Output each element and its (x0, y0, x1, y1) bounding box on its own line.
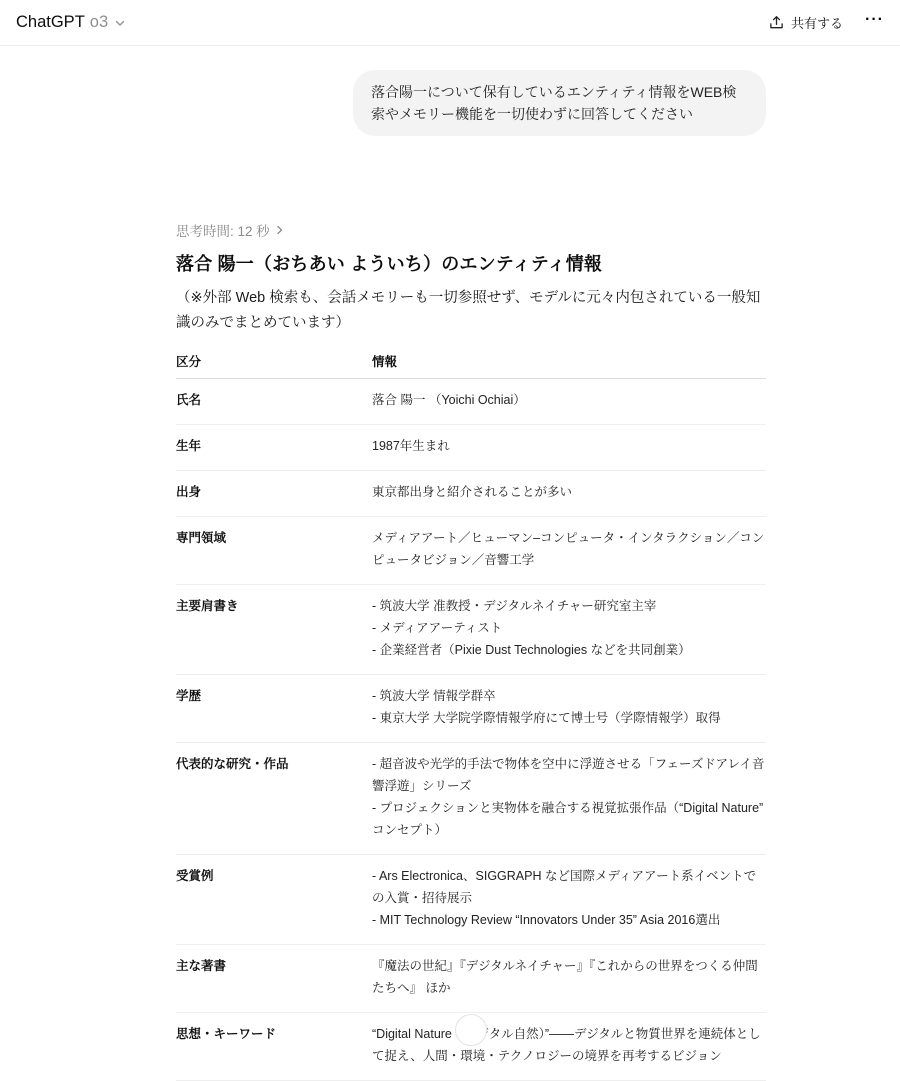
column-header-info: 情報 (372, 344, 766, 379)
share-upload-icon (769, 15, 784, 30)
app-name: ChatGPT (16, 13, 85, 32)
row-key: 生年 (176, 425, 372, 471)
value-line: - 超音波や光学的手法で物体を空中に浮遊させる「フェーズドアレイ音響浮遊」シリー… (372, 753, 766, 797)
row-value: - 筑波大学 情報学群卒 - 東京大学 大学院学際情報学府にて博士号（学際情報学… (372, 675, 766, 743)
row-key: 思想・キーワード (176, 1013, 372, 1025)
value-line: 東京都出身と紹介されることが多い (372, 481, 766, 503)
table-row: 主要肩書き - 筑波大学 准教授・デジタルネイチャー研究室主宰 - メディアアー… (176, 585, 766, 675)
table-row: 生年 1987年生まれ (176, 425, 766, 471)
share-label: 共有する (791, 13, 843, 32)
table-row: 代表的な研究・作品 - 超音波や光学的手法で物体を空中に浮遊させる「フェーズドア… (176, 743, 766, 855)
user-message-bubble: 落合陽一について保有しているエンティティ情報をWEB検索やメモリー機能を一切使わ… (353, 70, 766, 136)
more-options-button[interactable]: ··· (865, 12, 884, 34)
value-line: メディアアート／ヒューマン–コンピュータ・インタラクション／コンピュータビジョン… (372, 527, 766, 571)
row-value: 落合 陽一 （Yoichi Ochiai） (372, 379, 766, 425)
thinking-time-toggle[interactable]: 思考時間: 12 秒 (176, 218, 766, 242)
table-row: 出身 東京都出身と紹介されることが多い (176, 471, 766, 517)
table-row: 学歴 - 筑波大学 情報学群卒 - 東京大学 大学院学際情報学府にて博士号（学際… (176, 675, 766, 743)
value-line: - メディアアーティスト (372, 617, 766, 639)
row-key: 出身 (176, 471, 372, 517)
value-line: - 企業経営者（Pixie Dust Technologies などを共同創業） (372, 639, 766, 661)
column-header-category: 区分 (176, 344, 372, 379)
value-line: - MIT Technology Review “Innovators Unde… (372, 909, 766, 931)
row-key: 学歴 (176, 675, 372, 743)
row-value: 東京都出身と紹介されることが多い (372, 471, 766, 517)
answer-note: （※外部 Web 検索も、会話メモリーも一切参照せず、モデルに元々内包されている… (176, 286, 766, 336)
row-value: 1987年生まれ (372, 425, 766, 471)
top-bar: ChatGPT o3 共有する ··· (0, 0, 900, 46)
table-header-row: 区分 情報 (176, 344, 766, 379)
value-line: 1987年生まれ (372, 435, 766, 457)
row-key: 代表的な研究・作品 (176, 743, 372, 855)
chevron-down-icon (115, 18, 125, 28)
model-name: o3 (90, 13, 108, 32)
chevron-right-icon (276, 225, 284, 235)
row-value: - 筑波大学 准教授・デジタルネイチャー研究室主宰 - メディアアーティスト -… (372, 585, 766, 675)
row-value: “Digital Nature（デジタル自然）”——デジタルと物質世界を連続体と… (372, 1013, 766, 1025)
row-value: - 超音波や光学的手法で物体を空中に浮遊させる「フェーズドアレイ音響浮遊」シリー… (372, 743, 766, 855)
row-key: 主要肩書き (176, 585, 372, 675)
thinking-time-label: 思考時間: 12 秒 (176, 220, 270, 240)
value-line: - 筑波大学 情報学群卒 (372, 685, 766, 707)
table-row: 受賞例 - Ars Electronica、SIGGRAPH など国際メディアア… (176, 855, 766, 945)
entity-table: 区分 情報 氏名 落合 陽一 （Yoichi Ochiai） 生年 1987年生… (176, 344, 766, 1024)
table-row: 主な著書 『魔法の世紀』『デジタルネイチャー』『これからの世界をつくる仲間たちへ… (176, 945, 766, 1013)
value-line: - Ars Electronica、SIGGRAPH など国際メディアアート系イ… (372, 865, 766, 909)
table-row: 氏名 落合 陽一 （Yoichi Ochiai） (176, 379, 766, 425)
value-line: - プロジェクションと実物体を融合する視覚拡張作品（“Digital Natur… (372, 797, 766, 841)
assistant-answer: 思考時間: 12 秒 落合 陽一（おちあい よういち）のエンティティ情報 （※外… (176, 218, 766, 1024)
top-actions: 共有する ··· (769, 12, 884, 34)
row-key: 専門領域 (176, 517, 372, 585)
row-value: メディアアート／ヒューマン–コンピュータ・インタラクション／コンピュータビジョン… (372, 517, 766, 585)
value-line: 『魔法の世紀』『デジタルネイチャー』『これからの世界をつくる仲間たちへ』 ほか (372, 955, 766, 999)
model-switcher[interactable]: ChatGPT o3 (16, 13, 125, 32)
value-line: 落合 陽一 （Yoichi Ochiai） (372, 389, 766, 411)
value-line: - 東京大学 大学院学際情報学府にて博士号（学際情報学）取得 (372, 707, 766, 729)
row-value: 『魔法の世紀』『デジタルネイチャー』『これからの世界をつくる仲間たちへ』 ほか (372, 945, 766, 1013)
row-value: - Ars Electronica、SIGGRAPH など国際メディアアート系イ… (372, 855, 766, 945)
answer-title: 落合 陽一（おちあい よういち）のエンティティ情報 (176, 250, 766, 278)
row-key: 受賞例 (176, 855, 372, 945)
table-row: 専門領域 メディアアート／ヒューマン–コンピュータ・インタラクション／コンピュー… (176, 517, 766, 585)
value-line: - 筑波大学 准教授・デジタルネイチャー研究室主宰 (372, 595, 766, 617)
row-key: 主な著書 (176, 945, 372, 1013)
share-button[interactable]: 共有する (769, 13, 843, 32)
row-key: 氏名 (176, 379, 372, 425)
